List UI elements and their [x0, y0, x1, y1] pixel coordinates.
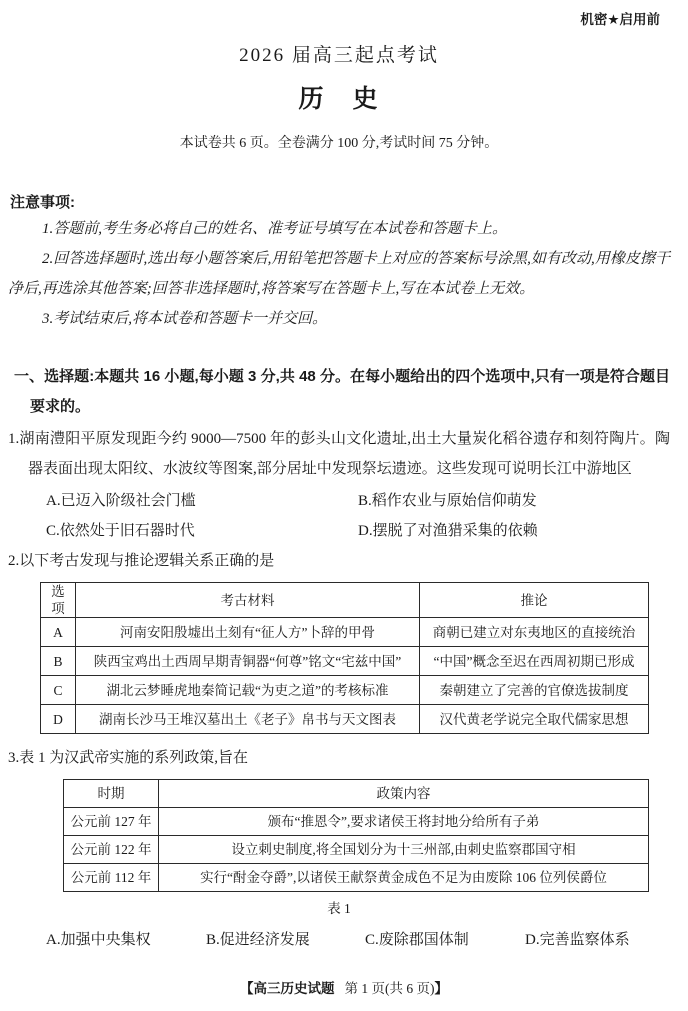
question-2-stem: 2.以下考古发现与推论逻辑关系正确的是 [28, 546, 670, 576]
notices-heading: 注意事项: [10, 192, 670, 214]
inference-cell: 秦朝建立了完善的官僚选拔制度 [420, 676, 649, 705]
inference-cell: 汉代黄老学说完全取代儒家思想 [420, 705, 649, 734]
material-cell: 河南安阳殷墟出土刻有“征人方”卜辞的甲骨 [76, 618, 420, 647]
period-cell: 公元前 112 年 [64, 864, 159, 892]
notice-item-2: 2.回答选择题时,选出每小题答案后,用铅笔把答题卡上对应的答案标号涂黑,如有改动… [8, 244, 670, 304]
option-letter-cell: B [41, 647, 76, 676]
question-3-options: A.加强中央集权 B.促进经济发展 C.废除郡国体制 D.完善监察体系 [8, 927, 670, 953]
footer-page-info: 第 1 页(共 6 页) [345, 981, 435, 996]
classification-banner: 机密★启用前 [8, 12, 670, 28]
question-1-stem: 1.湖南澧阳平原发现距今约 9000—7500 年的彭头山文化遗址,出土大量炭化… [28, 424, 670, 484]
exam-info-line: 本试卷共 6 页。全卷满分 100 分,考试时间 75 分钟。 [8, 134, 670, 154]
option-letter-cell: A [41, 618, 76, 647]
page-footer: 【高三历史试题第 1 页(共 6 页)】 [0, 980, 688, 998]
table-header-row: 选项 考古材料 推论 [41, 583, 649, 618]
footer-paper-name: 高三历史试题 [254, 981, 335, 996]
notice-item-3: 3.考试结束后,将本试卷和答题卡一并交回。 [8, 304, 670, 334]
question-1-options: A.已迈入阶级社会门槛 B.稻作农业与原始信仰萌发 C.依然处于旧石器时代 D.… [46, 486, 670, 546]
table-row: C 湖北云梦睡虎地秦简记载“为吏之道”的考核标准 秦朝建立了完善的官僚选拔制度 [41, 676, 649, 705]
period-cell: 公元前 127 年 [64, 808, 159, 836]
notice-item-1: 1.答题前,考生务必将自己的姓名、准考证号填写在本试卷和答题卡上。 [8, 214, 670, 244]
inference-cell: “中国”概念至迟在西周初期已形成 [420, 647, 649, 676]
option-letter-cell: D [41, 705, 76, 734]
question-3-option-b: B.促进经济发展 [206, 927, 310, 953]
column-header: 推论 [420, 583, 649, 618]
column-header: 选项 [41, 583, 76, 618]
footer-bracket-open: 【 [240, 981, 254, 996]
question-1-option-d: D.摆脱了对渔猎采集的依赖 [358, 516, 670, 546]
table-row: A 河南安阳殷墟出土刻有“征人方”卜辞的甲骨 商朝已建立对东夷地区的直接统治 [41, 618, 649, 647]
subject-title: 历 史 [8, 84, 670, 114]
question-3-option-c: C.废除郡国体制 [365, 927, 469, 953]
question-3-option-d: D.完善监察体系 [525, 927, 630, 953]
table-1-caption: 表 1 [8, 899, 670, 919]
question-3-option-a: A.加强中央集权 [46, 927, 151, 953]
table-header-row: 时期 政策内容 [64, 780, 649, 808]
question-2-table: 选项 考古材料 推论 A 河南安阳殷墟出土刻有“征人方”卜辞的甲骨 商朝已建立对… [40, 582, 649, 734]
option-letter-cell: C [41, 676, 76, 705]
table-row: D 湖南长沙马王堆汉墓出土《老子》帛书与天文图表 汉代黄老学说完全取代儒家思想 [41, 705, 649, 734]
inference-cell: 商朝已建立对东夷地区的直接统治 [420, 618, 649, 647]
exam-paper-page: 机密★启用前 2026 届高三起点考试 历 史 本试卷共 6 页。全卷满分 10… [0, 0, 688, 1011]
table-row: 公元前 112 年 实行“酎金夺爵”,以诸侯王献祭黄金成色不足为由废除 106 … [64, 864, 649, 892]
column-header: 时期 [64, 780, 159, 808]
exam-title: 2026 届高三起点考试 [8, 44, 670, 68]
section-one-heading: 一、选择题:本题共 16 小题,每小题 3 分,共 48 分。在每小题给出的四个… [30, 362, 670, 422]
policy-cell: 颁布“推恩令”,要求诸侯王将封地分给所有子弟 [159, 808, 649, 836]
question-1-option-b: B.稻作农业与原始信仰萌发 [358, 486, 670, 516]
question-3-stem: 3.表 1 为汉武帝实施的系列政策,旨在 [28, 743, 670, 773]
period-cell: 公元前 122 年 [64, 836, 159, 864]
policy-cell: 实行“酎金夺爵”,以诸侯王献祭黄金成色不足为由废除 106 位列侯爵位 [159, 864, 649, 892]
material-cell: 湖北云梦睡虎地秦简记载“为吏之道”的考核标准 [76, 676, 420, 705]
question-3-table: 时期 政策内容 公元前 127 年 颁布“推恩令”,要求诸侯王将封地分给所有子弟… [63, 779, 649, 892]
policy-cell: 设立刺史制度,将全国划分为十三州部,由刺史监察郡国守相 [159, 836, 649, 864]
material-cell: 湖南长沙马王堆汉墓出土《老子》帛书与天文图表 [76, 705, 420, 734]
column-header: 考古材料 [76, 583, 420, 618]
footer-bracket-close: 】 [435, 981, 449, 996]
column-header: 政策内容 [159, 780, 649, 808]
table-row: B 陕西宝鸡出土西周早期青铜器“何尊”铭文“宅兹中国” “中国”概念至迟在西周初… [41, 647, 649, 676]
material-cell: 陕西宝鸡出土西周早期青铜器“何尊”铭文“宅兹中国” [76, 647, 420, 676]
question-1-option-a: A.已迈入阶级社会门槛 [46, 486, 358, 516]
question-1-option-c: C.依然处于旧石器时代 [46, 516, 358, 546]
table-row: 公元前 122 年 设立刺史制度,将全国划分为十三州部,由刺史监察郡国守相 [64, 836, 649, 864]
table-row: 公元前 127 年 颁布“推恩令”,要求诸侯王将封地分给所有子弟 [64, 808, 649, 836]
